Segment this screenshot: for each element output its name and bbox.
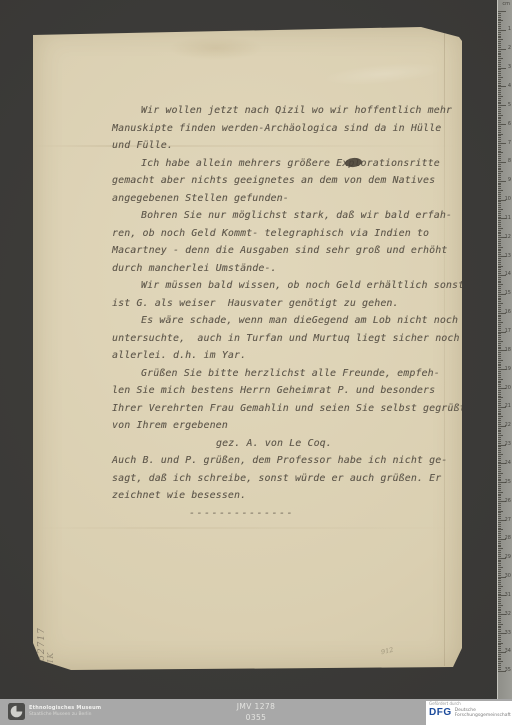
ruler-tick (498, 45, 501, 46)
ruler-tick (498, 147, 501, 148)
ruler-number: 33 (505, 631, 511, 636)
ruler-tick (498, 546, 501, 547)
ruler-tick (498, 386, 501, 387)
ruler-tick (498, 145, 501, 146)
shelfmark-page: 0355 (237, 713, 275, 724)
ruler-tick (498, 279, 501, 280)
ruler-tick (498, 641, 501, 642)
letter-line: Ihrer Verehrten Frau Gemahlin und seien … (112, 403, 464, 421)
ruler-tick (498, 554, 501, 555)
ruler-tick (498, 299, 501, 300)
shelfmark: JMV 1278 0355 (237, 702, 275, 724)
ruler-tick (498, 661, 503, 662)
margin-note-secondary: MIK (46, 652, 55, 672)
dfg-funding-badge: Gefördert durch DFG Deutsche Forschungsg… (426, 701, 512, 725)
ruler-tick (498, 339, 501, 340)
letter-page: Wir wollen jetzt nach Qizil wo wir hoffe… (33, 27, 462, 670)
ruler-tick (498, 414, 501, 415)
ruler-tick (498, 458, 501, 459)
ruler-tick (498, 53, 501, 54)
ruler-tick (498, 627, 501, 628)
ruler-tick (498, 169, 501, 170)
ruler-number: 17 (505, 329, 511, 334)
ruler-tick (498, 111, 501, 112)
ruler-tick (498, 156, 501, 157)
ruler-tick (498, 239, 501, 240)
ruler-tick (498, 552, 501, 553)
ruler-tick (498, 477, 501, 478)
ruler-tick (498, 226, 501, 227)
ruler-tick (498, 198, 501, 199)
ruler-tick (498, 315, 501, 316)
ruler-tick (498, 135, 501, 136)
ruler-tick (498, 56, 501, 57)
ruler-tick (498, 88, 501, 89)
letter-line: Ich habe allein mehrers größere Explorat… (112, 158, 464, 176)
ruler-number: 25 (505, 480, 511, 485)
ruler-tick (498, 371, 501, 372)
funded-by-label: Gefördert durch (429, 702, 509, 707)
ruler-tick (498, 220, 501, 221)
ruler-number: 19 (505, 367, 511, 372)
ruler-tick (498, 15, 501, 16)
ruler-tick (498, 637, 501, 638)
cm-ruler: cm 1234567891011121314151617181920212223… (497, 0, 512, 699)
ruler-tick (498, 143, 506, 144)
ruler-tick (498, 528, 501, 529)
ruler-tick (498, 109, 501, 110)
ruler-number: 4 (508, 84, 511, 89)
ruler-tick (498, 245, 501, 246)
ruler-tick (498, 537, 501, 538)
ruler-tick (498, 166, 501, 167)
ruler-tick (498, 98, 501, 99)
ruler-tick (498, 364, 501, 365)
ruler-number: 32 (505, 612, 511, 617)
ruler-tick (498, 367, 501, 368)
ruler-number: 20 (505, 386, 511, 391)
ruler-tick (498, 390, 501, 391)
ruler-tick (498, 69, 501, 70)
ruler-tick (498, 603, 501, 604)
ruler-tick (498, 599, 501, 600)
ruler-number: 16 (505, 310, 511, 315)
scanned-letter-view: Wir wollen jetzt nach Qizil wo wir hoffe… (0, 0, 512, 725)
ruler-tick (498, 13, 501, 14)
ruler-number: 18 (505, 348, 511, 353)
museum-brand: Ethnologisches Museum Staatliche Museen … (8, 703, 101, 720)
ruler-tick (498, 392, 501, 393)
ruler-tick (498, 416, 503, 417)
ruler-tick (498, 58, 503, 59)
ruler-tick (498, 32, 501, 33)
ruler-tick (498, 612, 501, 613)
ruler-tick (498, 452, 501, 453)
ruler-tick (498, 663, 501, 664)
letter-line: Wir müssen bald wissen, ob noch Geld erh… (112, 280, 464, 298)
ruler-tick (498, 365, 501, 366)
ruler-tick (498, 533, 501, 534)
ruler-tick (498, 512, 501, 513)
ruler-number: 11 (505, 216, 511, 221)
ruler-tick (498, 26, 501, 27)
ruler-number: 30 (505, 574, 511, 579)
ruler-tick (498, 648, 501, 649)
letter-line: untersuchte, auch in Turfan und Murtuq l… (112, 333, 464, 351)
ruler-tick (498, 103, 501, 104)
shelfmark-id: JMV 1278 (237, 702, 275, 713)
ruler-tick (498, 518, 501, 519)
ruler-tick (498, 286, 501, 287)
ruler-tick (498, 134, 503, 135)
ruler-tick (498, 201, 501, 202)
ruler-tick (498, 64, 501, 65)
letter-line: Manuskipte finden werden-Archäologica si… (112, 123, 464, 141)
ruler-tick (498, 499, 501, 500)
ruler-tick (498, 586, 503, 587)
ruler-tick (498, 460, 501, 461)
ruler-number: 13 (505, 254, 511, 259)
ruler-tick (498, 309, 501, 310)
ruler-tick (498, 288, 501, 289)
ruler-tick (498, 209, 503, 210)
ruler-tick (498, 86, 506, 87)
ruler-tick (498, 403, 501, 404)
ruler-tick (498, 39, 503, 40)
ruler-tick (498, 118, 501, 119)
ruler-tick (498, 650, 501, 651)
ruler-tick (498, 90, 501, 91)
ruler-tick (498, 626, 501, 627)
ruler-tick (498, 594, 501, 595)
ruler-tick (498, 605, 503, 606)
ruler-tick (498, 252, 501, 253)
ruler-tick (498, 526, 501, 527)
ruler-tick (498, 571, 501, 572)
ruler-number: 1 (508, 27, 511, 32)
ruler-tick (498, 235, 501, 236)
ruler-tick (498, 492, 503, 493)
paper-crease (33, 527, 462, 529)
ruler-tick (498, 113, 501, 114)
ruler-tick (498, 439, 501, 440)
ruler-tick (498, 529, 503, 530)
ruler-tick (498, 282, 501, 283)
ruler-tick (498, 322, 503, 323)
ruler-tick (498, 345, 501, 346)
ruler-tick (498, 563, 501, 564)
ruler-tick (498, 115, 503, 116)
ruler-tick (498, 420, 501, 421)
ruler-tick (498, 296, 501, 297)
paper-highlight (302, 54, 464, 94)
letter-line: zeichnet wie besessen. (112, 490, 464, 508)
ruler-tick (498, 601, 501, 602)
ruler-tick (498, 190, 503, 191)
ruler-tick (498, 358, 501, 359)
ruler-tick (498, 85, 501, 86)
ruler-tick (498, 149, 501, 150)
ruler-tick (498, 196, 501, 197)
letter-body: Wir wollen jetzt nach Qizil wo wir hoffe… (112, 105, 464, 525)
ruler-tick (498, 213, 501, 214)
ruler-tick (498, 643, 503, 644)
letter-line: Grüßen Sie bitte herzlichst alle Freunde… (112, 368, 464, 386)
ruler-tick (498, 152, 503, 153)
ruler-tick (498, 73, 501, 74)
letter-line: len Sie mich bestens Herrn Geheimrat P. … (112, 385, 464, 403)
ruler-tick (498, 624, 503, 625)
ruler-tick (498, 215, 501, 216)
ruler-tick (498, 224, 501, 225)
ruler-tick (498, 301, 501, 302)
ruler-tick (498, 173, 501, 174)
ruler-number: 2 (508, 46, 511, 51)
ruler-tick (498, 352, 501, 353)
ruler-tick (498, 47, 501, 48)
ruler-tick (498, 307, 501, 308)
ruler-tick (498, 511, 503, 512)
letter-line: sagt, daß ich schreibe, sonst würde er a… (112, 473, 464, 491)
ruler-tick (498, 292, 501, 293)
ruler-tick (498, 509, 501, 510)
ruler-tick (498, 535, 501, 536)
ruler-tick (498, 550, 501, 551)
ruler-tick (498, 467, 501, 468)
ruler-tick (498, 480, 501, 481)
ruler-tick (498, 126, 501, 127)
ruler-tick (498, 347, 501, 348)
ruler-number: 23 (505, 442, 511, 447)
ruler-tick (498, 60, 501, 61)
ruler-tick (498, 264, 501, 265)
ruler-tick (498, 162, 506, 163)
ruler-tick (498, 194, 501, 195)
ruler-tick (498, 578, 501, 579)
ruler-tick (498, 22, 501, 23)
ruler-tick (498, 324, 501, 325)
ruler-tick (498, 49, 506, 50)
ruler-tick (498, 228, 503, 229)
ruler-tick (498, 232, 501, 233)
ruler-tick (498, 207, 501, 208)
ruler-tick (498, 151, 501, 152)
ruler-tick (498, 179, 501, 180)
museum-org: Staatliche Museen zu Berlin (29, 712, 101, 718)
ruler-tick (498, 377, 501, 378)
pencil-number-note: 912 (380, 646, 394, 656)
ruler-tick (498, 75, 501, 76)
ruler-tick (498, 548, 503, 549)
ruler-tick (498, 497, 501, 498)
ruler-tick (498, 62, 501, 63)
dfg-name: Deutsche Forschungsgemeinschaft (455, 708, 511, 719)
ruler-tick (498, 360, 503, 361)
ruler-tick (498, 669, 501, 670)
ruler-tick (498, 486, 501, 487)
ruler-number: 26 (505, 499, 511, 504)
ruler-tick (498, 102, 501, 103)
ruler-tick (498, 77, 503, 78)
ruler-tick (498, 254, 501, 255)
ruler-tick (498, 490, 501, 491)
ruler-tick (498, 399, 501, 400)
paper-stain (151, 31, 281, 65)
ruler-tick (498, 516, 501, 517)
ruler-number: 3 (508, 65, 511, 70)
letter-line: Auch B. und P. grüßen, dem Professor hab… (112, 455, 464, 473)
ruler-tick (498, 222, 501, 223)
ruler-number: 24 (505, 461, 511, 466)
ruler-tick (498, 233, 501, 234)
ruler-tick (498, 635, 501, 636)
ruler-tick (498, 454, 503, 455)
ruler-tick (498, 68, 506, 69)
ruler-tick (498, 241, 501, 242)
ruler-tick (498, 375, 501, 376)
ruler-tick (498, 462, 501, 463)
ruler-tick (498, 258, 501, 259)
ruler-tick (498, 37, 501, 38)
ruler-tick (498, 646, 501, 647)
ruler-tick (498, 186, 501, 187)
dfg-logo: DFG (429, 708, 452, 718)
ruler-tick (498, 277, 501, 278)
footer-bar: Ethnologisches Museum Staatliche Museen … (0, 699, 512, 725)
ruler-tick (498, 560, 501, 561)
ruler-tick (498, 575, 501, 576)
ruler-tick (498, 465, 501, 466)
ruler-tick (498, 639, 501, 640)
ruler-tick (498, 441, 501, 442)
ruler-tick (498, 433, 501, 434)
letter-line: und Fülle. (112, 140, 464, 158)
letter-line: allerlei. d.h. im Yar. (112, 350, 464, 368)
ruler-tick (498, 422, 501, 423)
ruler-tick (498, 484, 501, 485)
ruler-tick (498, 260, 501, 261)
ruler-tick (498, 629, 501, 630)
ruler-number: 27 (505, 518, 511, 523)
ruler-tick (498, 71, 501, 72)
ruler-tick (498, 584, 501, 585)
letter-line: Es wäre schade, wenn man dieGegend am Lo… (112, 315, 464, 333)
ruler-tick (498, 158, 501, 159)
ruler-tick (498, 34, 501, 35)
ruler-number: 7 (508, 141, 511, 146)
ruler-tick (498, 592, 501, 593)
ruler-number: 22 (505, 423, 511, 428)
ruler-number: 10 (505, 197, 511, 202)
ruler-tick (498, 298, 501, 299)
ruler-tick (498, 100, 501, 101)
ruler-tick (498, 311, 501, 312)
ruler-tick (498, 396, 501, 397)
letter-line: von Ihrem ergebenen (112, 420, 464, 438)
ruler-tick (498, 541, 501, 542)
ruler-tick (498, 610, 501, 611)
ruler-tick (498, 590, 501, 591)
ruler-tick (498, 19, 501, 20)
ruler-tick (498, 139, 501, 140)
ruler-tick (498, 271, 501, 272)
ruler-tick (498, 284, 503, 285)
ruler-tick (498, 188, 501, 189)
ruler-tick (498, 269, 501, 270)
ruler-tick (498, 20, 503, 21)
ruler-tick (498, 290, 501, 291)
ruler-number: 21 (505, 404, 511, 409)
ruler-tick (498, 362, 501, 363)
ruler-number: 6 (508, 122, 511, 127)
ruler-tick (498, 405, 501, 406)
ruler-tick (498, 567, 503, 568)
ruler-tick (498, 430, 501, 431)
ruler-tick (498, 107, 501, 108)
ruler-number: 14 (505, 272, 511, 277)
ruler-tick (498, 328, 501, 329)
ruler-tick (498, 424, 501, 425)
ruler-tick (498, 473, 503, 474)
ruler-tick (498, 437, 501, 438)
ruler-tick (498, 337, 501, 338)
ruler-tick (498, 618, 501, 619)
ruler-tick (498, 667, 501, 668)
ruler-tick (498, 171, 503, 172)
ruler-tick (498, 397, 503, 398)
ruler-tick (498, 43, 501, 44)
letter-line: angegebenen Stellen gefunden- (112, 193, 464, 211)
ruler-unit-label: cm (502, 2, 510, 7)
ruler-tick (498, 320, 501, 321)
ruler-number: 35 (505, 668, 511, 673)
ruler-tick (498, 124, 506, 125)
ruler-tick (498, 409, 501, 410)
ruler-tick (498, 495, 501, 496)
ruler-tick (498, 341, 503, 342)
ruler-tick (498, 51, 501, 52)
ruler-tick (498, 24, 501, 25)
ruler-tick (498, 326, 501, 327)
letter-line: gemacht aber nichts geeignetes an dem vo… (112, 175, 464, 193)
ruler-tick (498, 654, 501, 655)
ruler-tick (498, 488, 501, 489)
letter-line: -------------- (112, 508, 464, 526)
ruler-tick (498, 565, 501, 566)
letter-line: ist G. als weiser Hausvater genötigt zu … (112, 298, 464, 316)
ruler-number: 31 (505, 593, 511, 598)
ruler-tick (498, 503, 501, 504)
ruler-tick (498, 81, 501, 82)
ruler-tick (498, 164, 501, 165)
ruler-tick (498, 177, 501, 178)
ruler-number: 15 (505, 291, 511, 296)
ruler-tick (498, 588, 501, 589)
ruler-tick (498, 475, 501, 476)
ruler-tick (498, 128, 501, 129)
ruler-number: 29 (505, 555, 511, 560)
ruler-tick (498, 401, 501, 402)
ruler-number: 8 (508, 159, 511, 164)
ruler-tick (498, 160, 501, 161)
ruler-tick (498, 273, 501, 274)
ruler-tick (498, 211, 501, 212)
ruler-tick (498, 96, 503, 97)
ruler-tick (498, 183, 501, 184)
letter-line: Wir wollen jetzt nach Qizil wo wir hoffe… (112, 105, 464, 123)
ruler-tick (498, 379, 503, 380)
ruler-tick (498, 446, 501, 447)
